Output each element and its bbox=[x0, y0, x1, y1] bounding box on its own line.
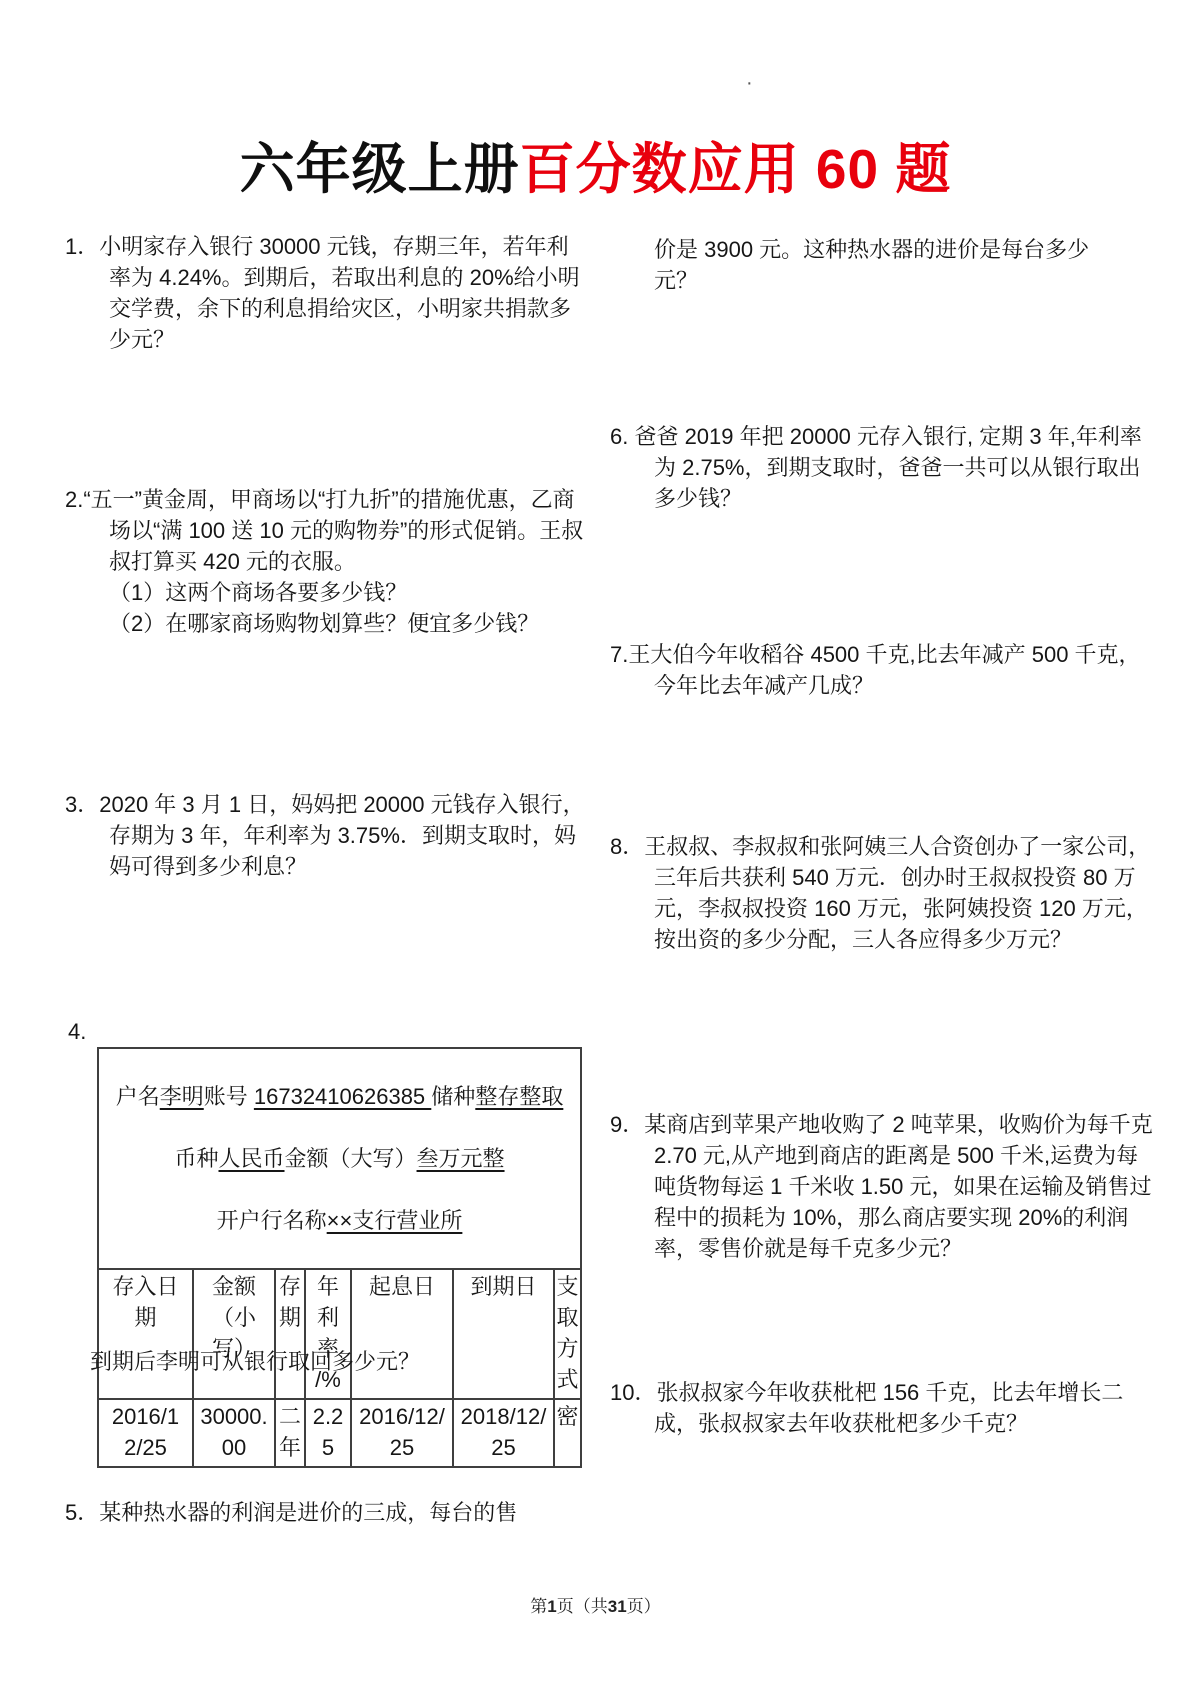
slip-value-start-date: 2016/12/25 bbox=[351, 1399, 453, 1467]
slip-currency-line: 币种人民币金额（大写）叁万元整 bbox=[105, 1143, 574, 1174]
problem-2: 2.“五一”黄金周，甲商场以“打九折”的措施优惠，乙商场以“满 100 送 10… bbox=[65, 484, 587, 639]
footer-page-number: 1 bbox=[547, 1597, 556, 1616]
footer-middle: 页（共 bbox=[557, 1597, 608, 1616]
page-title: 六年级上册百分数应用 60 题 bbox=[0, 125, 1191, 204]
worksheet-page: · 六年级上册百分数应用 60 题 1．小明家存入银行 30000 元钱，存期三… bbox=[0, 0, 1191, 1684]
problem-5-continuation: 价是 3900 元。这种热水器的进价是每台多少 元？ bbox=[610, 234, 1154, 296]
slip-accountno-value: 16732410626385 bbox=[254, 1084, 431, 1109]
slip-header-rate: 年利率 /% bbox=[305, 1269, 351, 1399]
problem-5: 5．某种热水器的利润是进价的三成，每台的售 bbox=[65, 1497, 587, 1528]
problem-10: 10．张叔叔家今年收获枇杷 156 千克，比去年增长二成，张叔叔家去年收获枇杷多… bbox=[610, 1377, 1159, 1439]
slip-value-amount: 30000.00 bbox=[193, 1399, 275, 1467]
slip-header-term: 存期 bbox=[275, 1269, 305, 1399]
slip-value-deposit-date: 2016/12/25 bbox=[98, 1399, 193, 1467]
slip-amount-words-label: 金额（大写） bbox=[285, 1146, 417, 1171]
slip-bank-value: ××支行营业所 bbox=[327, 1208, 463, 1233]
slip-type-value: 整存整取 bbox=[475, 1084, 563, 1109]
title-red-part: 百分数应用 60 题 bbox=[520, 138, 952, 200]
problem-6: 6. 爸爸 2019 年把 20000 元存入银行, 定期 3 年,年利率为 2… bbox=[610, 421, 1159, 514]
slip-header-due-date: 到期日 bbox=[453, 1269, 554, 1399]
deposit-slip-table: 户名李明账号 16732410626385 储种整存整取 币种人民币金额（大写）… bbox=[97, 1047, 582, 1468]
slip-header-row: 存入日 期 金额 （小 写） 存期 年利率 /% 起息日 到期日 支取方式 bbox=[98, 1269, 581, 1399]
slip-type-label: 储种 bbox=[431, 1084, 475, 1109]
problem-1: 1．小明家存入银行 30000 元钱，存期三年，若年利率为 4.24%。到期后，… bbox=[65, 231, 581, 355]
slip-holder-label: 户名 bbox=[116, 1084, 160, 1109]
problem-4-number: 4. bbox=[68, 1016, 86, 1047]
stray-mark: · bbox=[746, 72, 753, 95]
slip-value-withdraw-method: 密 bbox=[554, 1399, 581, 1467]
slip-bank-label: 开户行名称 bbox=[217, 1208, 327, 1233]
slip-header-amount: 金额 （小 写） bbox=[193, 1269, 275, 1399]
footer-suffix: 页） bbox=[627, 1597, 661, 1616]
slip-account-line: 户名李明账号 16732410626385 储种整存整取 bbox=[105, 1081, 574, 1112]
slip-currency-value: 人民币 bbox=[219, 1146, 285, 1171]
slip-info-row: 户名李明账号 16732410626385 储种整存整取 币种人民币金额（大写）… bbox=[98, 1048, 581, 1269]
page-footer: 第1页（共31页） bbox=[0, 1592, 1191, 1617]
slip-value-due-date: 2018/12/25 bbox=[453, 1399, 554, 1467]
slip-value-term: 二年 bbox=[275, 1399, 305, 1467]
slip-value-row: 2016/12/25 30000.00 二年 2.25 2016/12/25 2… bbox=[98, 1399, 581, 1467]
problem-8: 8．王叔叔、李叔叔和张阿姨三人合资创办了一家公司，三年后共获利 540 万元．创… bbox=[610, 831, 1159, 955]
slip-header-deposit-date: 存入日 期 bbox=[98, 1269, 193, 1399]
slip-holder-value: 李明 bbox=[160, 1084, 204, 1109]
problem-3: 3．2020 年 3 月 1 日，妈妈把 20000 元钱存入银行，存期为 3 … bbox=[65, 789, 587, 882]
slip-amount-words-value: 叁万元整 bbox=[417, 1146, 505, 1171]
footer-total-pages: 31 bbox=[608, 1597, 627, 1616]
slip-value-rate: 2.25 bbox=[305, 1399, 351, 1467]
problem-9: 9．某商店到苹果产地收购了 2 吨苹果，收购价为每千克 2.70 元,从产地到商… bbox=[610, 1109, 1159, 1264]
slip-accountno-label: 账号 bbox=[204, 1084, 254, 1109]
slip-bank-line: 开户行名称××支行营业所 bbox=[105, 1205, 574, 1236]
slip-header-withdraw-method: 支取方式 bbox=[554, 1269, 581, 1399]
footer-prefix: 第 bbox=[530, 1597, 547, 1616]
title-black-part: 六年级上册 bbox=[240, 138, 520, 200]
slip-currency-label: 币种 bbox=[174, 1146, 218, 1171]
problem-7: 7.王大伯今年收稻谷 4500 千克,比去年减产 500 千克，今年比去年减产几… bbox=[610, 639, 1159, 701]
problem-4-question: 到期后李明可从银行取回多少元？ bbox=[90, 1346, 420, 1377]
slip-header-start-date: 起息日 bbox=[351, 1269, 453, 1399]
slip-info-cell: 户名李明账号 16732410626385 储种整存整取 币种人民币金额（大写）… bbox=[98, 1048, 581, 1269]
